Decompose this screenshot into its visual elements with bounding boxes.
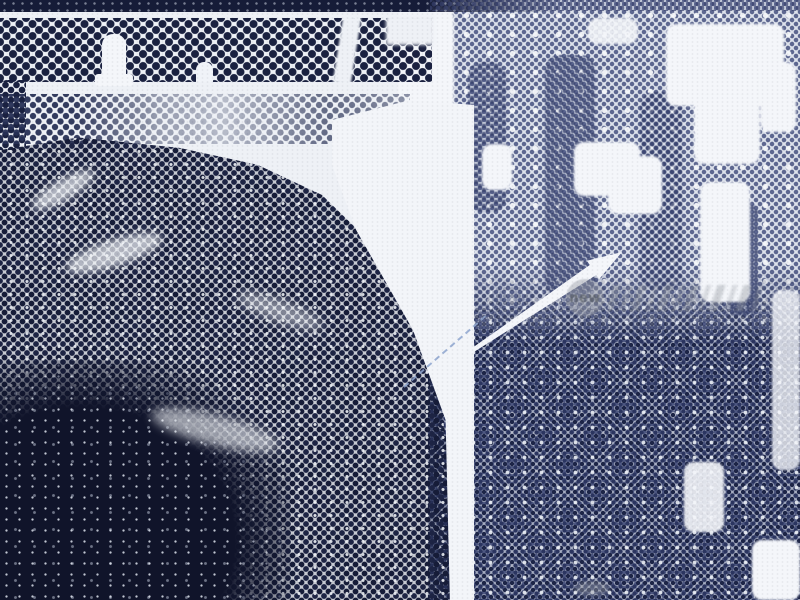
gray-smudge <box>574 581 610 596</box>
upper-dotted-band <box>0 18 432 82</box>
watermark-badge: new <box>566 279 604 317</box>
watermark-script-marks <box>607 285 769 311</box>
small-white-bump <box>196 62 213 82</box>
top-dark-strip-right <box>430 0 800 11</box>
watermark-badge-text: new <box>569 291 601 306</box>
worn-white-patch <box>684 462 724 532</box>
watermark: new <box>566 276 778 320</box>
worn-white-patch <box>694 96 760 164</box>
mass-dark-core <box>0 360 290 600</box>
worn-white-patch <box>752 540 800 600</box>
worn-white-patch <box>760 62 796 132</box>
worn-white-patch <box>482 144 512 190</box>
white-streak <box>28 164 99 216</box>
worn-white-patch <box>588 18 638 44</box>
worn-white-patch <box>608 156 662 214</box>
white-streak <box>234 285 326 336</box>
halftone-artwork: new <box>0 0 800 600</box>
band-white-gap <box>386 15 434 45</box>
white-streak <box>62 225 165 281</box>
statue-base <box>95 74 133 86</box>
statue-silhouette <box>102 34 126 78</box>
